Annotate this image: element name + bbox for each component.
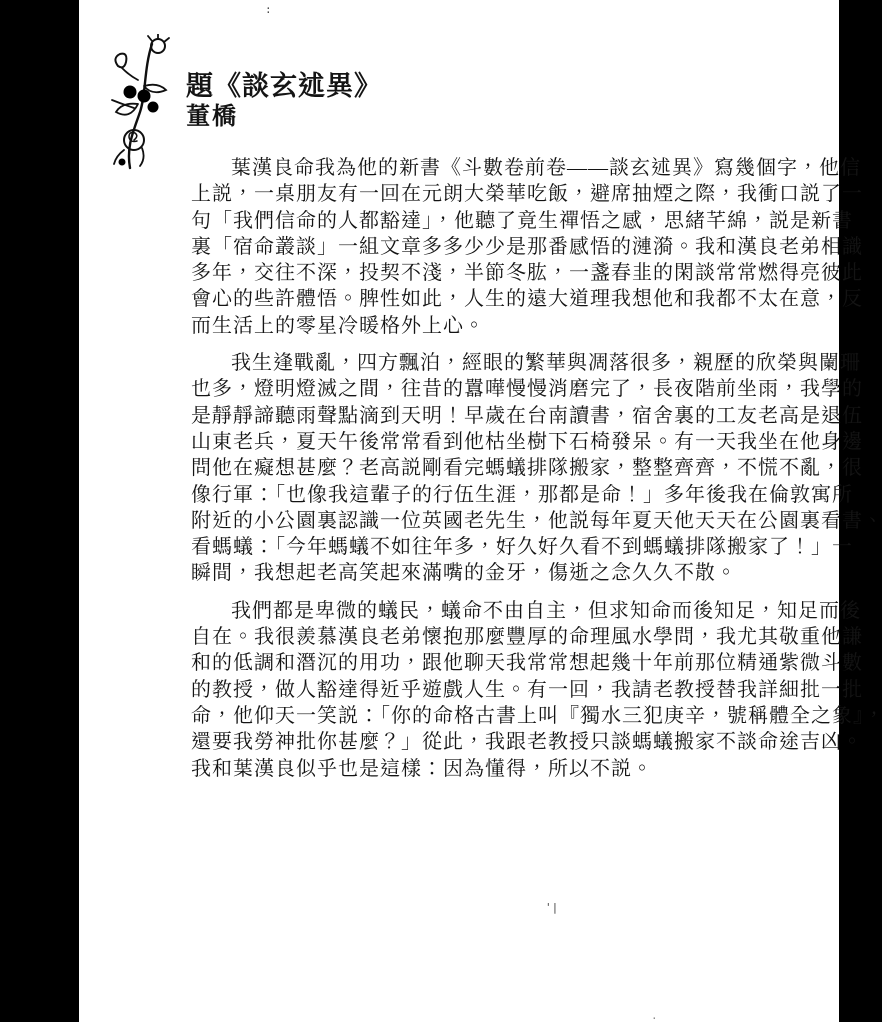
text-line: 我和葉漢良似乎也是這樣：因為懂得，所以不説。 [191,756,791,782]
text-line: 會心的些許體悟。脾性如此，人生的遠大道理我想他和我都不太在意，反 [191,286,791,312]
title-block: 題《談玄述異》 董橋 [186,70,382,131]
scanned-book-page: 題《談玄述異》 董橋 葉漢良命我為他的新書《斗數卷前卷——談玄述異》寫幾個字，他… [0,0,887,1022]
text-line: 和的低調和潛沉的用功，跟他聊天我常常想起幾十年前那位精通紫微斗數 [191,650,791,676]
scan-artifact: '| [545,902,558,913]
paragraph: 我們都是卑微的蟻民，蟻命不由自主，但求知命而後知足，知足而後自在。我很羨慕漢良老… [191,598,791,782]
text-line: 也多，燈明燈滅之間，往昔的囂嘩慢慢消磨完了，長夜階前坐雨，我學的 [191,376,791,402]
page-title: 題《談玄述異》 [186,70,382,102]
scan-artifact: : [265,4,272,15]
text-line: 裏「宿命叢談」一組文章多多少少是那番感悟的漣漪。我和漢良老弟相識 [191,234,791,260]
text-line: 附近的小公園裏認識一位英國老先生，他説每年夏天他天天在公園裏看書、 [191,508,791,534]
scan-artifact: . [651,1010,658,1021]
text-line: 上説，一桌朋友有一回在元朗大榮華吃飯，避席抽煙之際，我衝口説了一 [191,181,791,207]
text-line: 葉漢良命我為他的新書《斗數卷前卷——談玄述異》寫幾個字，他信 [191,155,791,181]
text-line: 是靜靜諦聽雨聲點滴到天明！早歲在台南讀書，宿舍裏的工友老高是退伍 [191,403,791,429]
text-line: 看螞蟻：「今年螞蟻不如往年多，好久好久看不到螞蟻排隊搬家了！」一 [191,534,791,560]
author-name: 董橋 [186,103,382,131]
text-line: 句「我們信命的人都豁達」，他聽了竟生禪悟之感，思緒芊綿，説是新書 [191,208,791,234]
paragraph: 我生逢戰亂，四方飄泊，經眼的繁華與凋落很多，親歷的欣榮與闌珊也多，燈明燈滅之間，… [191,350,791,587]
text-line: 的教授，做人豁達得近乎遊戲人生。有一回，我請老教授替我詳細批一批 [191,677,791,703]
text-line: 像行軍：「也像我這輩子的行伍生涯，那都是命！」多年後我在倫敦寓所 [191,482,791,508]
text-line: 我們都是卑微的蟻民，蟻命不由自主，但求知命而後知足，知足而後 [191,598,791,624]
article-body: 葉漢良命我為他的新書《斗數卷前卷——談玄述異》寫幾個字，他信上説，一桌朋友有一回… [191,155,791,793]
text-line: 而生活上的零星冷暖格外上心。 [191,313,791,339]
text-line: 還要我勞神批你甚麼？」從此，我跟老教授只談螞蟻搬家不談命途吉凶。 [191,729,791,755]
text-line: 自在。我很羨慕漢良老弟懷抱那麼豐厚的命理風水學問，我尤其敬重他謙 [191,624,791,650]
text-line: 問他在癡想甚麼？老高説剛看完螞蟻排隊搬家，整整齊齊，不慌不亂，很 [191,455,791,481]
paragraph: 葉漢良命我為他的新書《斗數卷前卷——談玄述異》寫幾個字，他信上説，一桌朋友有一回… [191,155,791,339]
text-line: 瞬間，我想起老高笑起來滿嘴的金牙，傷逝之念久久不散。 [191,560,791,586]
text-line: 多年，交往不深，投契不淺，半節冬肱，一盞春韭的閑談常常燃得亮彼此 [191,260,791,286]
text-line: 我生逢戰亂，四方飄泊，經眼的繁華與凋落很多，親歷的欣榮與闌珊 [191,350,791,376]
scan-edge-left [0,0,79,1022]
flower-branch-ornament-illustration [100,34,184,172]
text-line: 命，他仰天一笑説：「你的命格古書上叫『獨水三犯庚辛，號稱體全之象』， [191,703,791,729]
text-line: 山東老兵，夏天午後常常看到他枯坐樹下石椅發呆。有一天我坐在他身邊 [191,429,791,455]
